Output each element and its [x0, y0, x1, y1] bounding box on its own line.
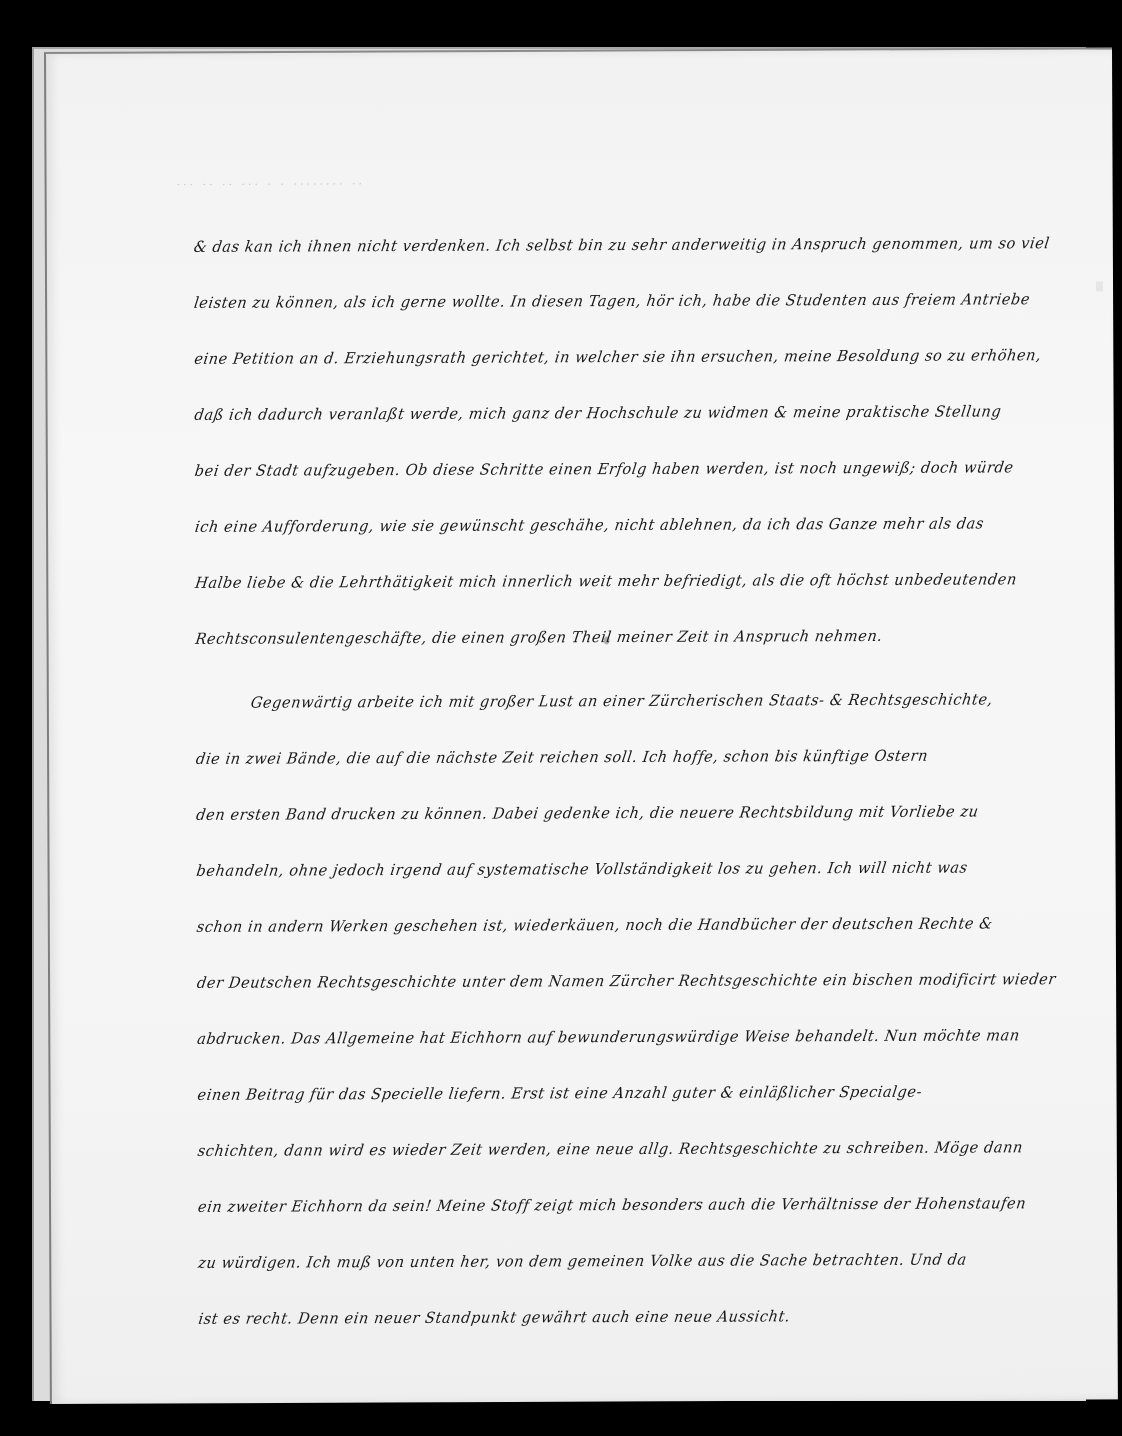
- manuscript-line: schon in andern Werken geschehen ist, wi…: [191, 908, 1059, 971]
- manuscript-line: abdrucken. Das Allgemeine hat Eichhorn a…: [191, 1020, 1059, 1083]
- manuscript-line: ein zweiter Eichhorn da sein! Meine Stof…: [192, 1188, 1060, 1251]
- manuscript-line: bei der Stadt aufzugeben. Ob diese Schri…: [189, 452, 1057, 515]
- manuscript-line: daß ich dadurch veranlaßt werde, mich ga…: [189, 396, 1057, 459]
- manuscript-line: zu würdigen. Ich muß von unten her, von …: [192, 1244, 1060, 1307]
- manuscript-line: behandeln, ohne jedoch irgend auf system…: [191, 852, 1059, 915]
- manuscript-line: & das kan ich ihnen nicht verdenken. Ich…: [188, 228, 1056, 291]
- manuscript-line: schichten, dann wird es wieder Zeit werd…: [192, 1132, 1060, 1195]
- header-bleedthrough: ··· ·· ·· ··· · · ········ ··: [177, 177, 437, 192]
- manuscript-line: ich eine Aufforderung, wie sie gewünscht…: [189, 508, 1057, 571]
- manuscript-line: den ersten Band drucken zu können. Dabei…: [190, 796, 1058, 859]
- manuscript-line: der Deutschen Rechtsgeschichte unter dem…: [191, 964, 1059, 1027]
- manuscript-line: einen Beitrag für das Specielle liefern.…: [192, 1076, 1060, 1139]
- manuscript-line-paragraph-start: Gegenwärtig arbeite ich mit großer Lust …: [190, 684, 1058, 747]
- manuscript-line: die in zwei Bände, die auf die nächste Z…: [190, 740, 1058, 803]
- manuscript-line: Halbe liebe & die Lehrthätigkeit mich in…: [189, 564, 1057, 627]
- paper-tab-mark: [1096, 281, 1103, 291]
- manuscript-line: leisten zu können, als ich gerne wollte.…: [188, 284, 1056, 347]
- manuscript-line: Rechtsconsulentengeschäfte, die einen gr…: [190, 620, 1058, 683]
- manuscript-line: ist es recht. Denn ein neuer Standpunkt …: [193, 1300, 1061, 1363]
- manuscript-page: ··· ·· ·· ··· · · ········ ·· & das kan …: [44, 47, 1118, 1404]
- handwritten-text-block: & das kan ich ihnen nicht verdenken. Ich…: [192, 230, 1057, 1362]
- manuscript-line: eine Petition an d. Erziehungsrath geric…: [188, 340, 1056, 403]
